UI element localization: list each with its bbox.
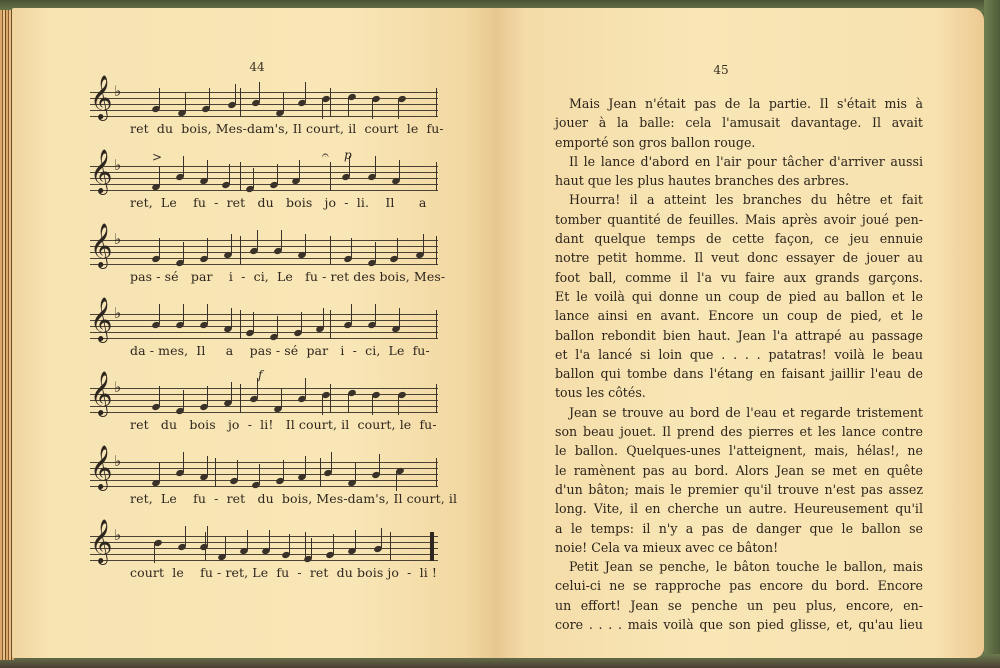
text-line: son beau jouet. Il prend des pierres et … [555, 422, 923, 441]
barline [240, 310, 241, 339]
page-number: 45 [701, 63, 741, 77]
note-stem [355, 462, 356, 482]
note-stem [322, 99, 323, 119]
paragraph: Jean se trouve au bord de l'eau et regar… [555, 403, 923, 557]
note-stem [397, 238, 398, 258]
note-stem [259, 464, 260, 484]
barline [240, 88, 241, 117]
note-stem [348, 97, 349, 117]
staff-line [90, 258, 438, 259]
note-stem [159, 166, 160, 186]
note-stem [247, 530, 248, 550]
lyrics-line: ret du bois jo - li! Il court, il court,… [130, 417, 440, 432]
note-stem [399, 308, 400, 328]
note-stem [283, 92, 284, 112]
note-stem [372, 99, 373, 119]
note-stem [185, 526, 186, 546]
barline [240, 236, 241, 265]
flat-key-signature-icon: ♭ [114, 378, 121, 396]
lyrics-line: ret, Le fu - ret du bois, Mes-dam's, Il … [130, 491, 440, 506]
barline [330, 384, 331, 413]
note-stem [375, 156, 376, 176]
treble-clef-icon: 𝄞 [90, 522, 112, 560]
note-stem [323, 308, 324, 328]
barline [330, 88, 331, 117]
piano-dynamic-mark: p [344, 148, 352, 162]
barline [436, 310, 437, 339]
barline [436, 384, 437, 413]
note-stem [396, 471, 397, 491]
note-stem [423, 234, 424, 254]
barline [240, 162, 241, 191]
final-barline [430, 532, 434, 561]
note-stem [229, 164, 230, 184]
staff: 𝄞♭ [90, 384, 438, 414]
note-stem [207, 160, 208, 180]
note-stem [207, 456, 208, 476]
note-stem [333, 534, 334, 554]
text-line: Mais Jean n'était pas de la partie. Il s… [555, 94, 923, 113]
note-stem [348, 393, 349, 413]
note-stem [207, 238, 208, 258]
staff-line [90, 536, 438, 537]
text-line: haut que les plus hautes branches des ar… [555, 171, 923, 190]
lyrics-line: da - mes, Il a pas - sé par i - ci, Le f… [130, 343, 440, 358]
text-line: le ramènent pas au bord. Alors Jean se m… [555, 461, 923, 480]
text-line: Petit Jean se penche, le bâton touche le… [555, 557, 923, 576]
note-stem [305, 378, 306, 398]
treble-clef-icon: 𝄞 [90, 300, 112, 338]
staff-line [90, 542, 438, 543]
barline [330, 310, 331, 339]
text-line: et l'a lancé si loin que . . . . patatra… [555, 345, 923, 364]
text-line: lance ainsi en avant. Encore un coup de … [555, 306, 923, 325]
note-stem [207, 526, 208, 546]
note-stem [281, 230, 282, 250]
staff-line [90, 474, 438, 475]
text-line: core . . . . mais voilà que son pied gli… [555, 615, 923, 634]
note-stem [159, 462, 160, 482]
note-stem [225, 536, 226, 556]
note-stem [237, 460, 238, 480]
staff-line [90, 92, 438, 93]
barline [330, 236, 331, 265]
text-line: tomber quantité de feuilles. Mais après … [555, 210, 923, 229]
staff-line [90, 412, 438, 413]
text-line: celui-ci ne se rapproche pas encore du b… [555, 576, 923, 595]
note-stem [289, 534, 290, 554]
note-stem [183, 242, 184, 262]
note-stem [231, 308, 232, 328]
barline [215, 458, 216, 487]
note-stem [322, 395, 323, 415]
barline [320, 458, 321, 487]
staff-line [90, 264, 438, 265]
treble-clef-icon: 𝄞 [90, 78, 112, 116]
staff-line [90, 480, 438, 481]
fermata-icon: 𝄐 [322, 148, 329, 163]
note-stem [277, 164, 278, 184]
note-stem [259, 82, 260, 102]
staff: 𝄞♭ [90, 458, 438, 488]
barline [436, 458, 437, 487]
text-line: long. Vite, il en cherche un autre. Heur… [555, 499, 923, 518]
note-stem [311, 538, 312, 558]
staff: 𝄞♭ [90, 236, 438, 266]
staff-line [90, 332, 438, 333]
text-line: dant quelque temps de cette façon, ce je… [555, 229, 923, 248]
body-text: Mais Jean n'était pas de la partie. Il s… [555, 94, 923, 634]
note-stem [355, 530, 356, 550]
barline [240, 384, 241, 413]
note-stem [183, 304, 184, 324]
accent-mark-icon: > [152, 150, 162, 164]
note-stem [277, 316, 278, 336]
text-line: le ballon. Quelques-unes l'atteignent, m… [555, 441, 923, 460]
music-system: 𝄞♭ret du bois, Mes-dam's, Il court, il c… [90, 88, 438, 158]
note-stem [269, 530, 270, 550]
staff: 𝄞♭ [90, 162, 438, 192]
note-stem [281, 388, 282, 408]
note-stem [283, 460, 284, 480]
staff-line [90, 326, 438, 327]
staff-line [90, 388, 438, 389]
paragraph: Petit Jean se penche, le bâton touche le… [555, 557, 923, 634]
note-stem [398, 395, 399, 415]
staff-line [90, 104, 438, 105]
note-stem [301, 312, 302, 332]
staff-line [90, 116, 438, 117]
note-stem [379, 454, 380, 474]
note-stem [154, 543, 155, 563]
right-page: 45 Mais Jean n'était pas de la partie. I… [497, 8, 984, 658]
barline [436, 88, 437, 117]
page-number: 44 [237, 60, 277, 74]
note-stem [398, 99, 399, 119]
text-line: a le temps: il n'y a pas de danger que l… [555, 519, 923, 538]
staff-line [90, 166, 438, 167]
note-stem [375, 242, 376, 262]
note-stem [372, 395, 373, 415]
staff-line [90, 462, 438, 463]
music-system: 𝄞♭court le fu - ret, Le fu - ret du bois… [90, 532, 438, 602]
treble-clef-icon: 𝄞 [90, 448, 112, 486]
music-system: 𝄞♭fret du bois jo - li! Il court, il cou… [90, 384, 438, 454]
staff-line [90, 98, 438, 99]
note-stem [235, 84, 236, 104]
lyrics-line: pas - sé par i - ci, Le fu - ret des boi… [130, 269, 440, 284]
music-system: 𝄞♭ret, Le fu - ret du bois, Mes-dam's, I… [90, 458, 438, 528]
text-line: noie! Cela va mieux avec ce bâton! [555, 538, 923, 557]
flat-key-signature-icon: ♭ [114, 304, 121, 322]
barline [390, 532, 391, 561]
text-line: Et le voilà qui donne un coup de pied au… [555, 287, 923, 306]
staff-line [90, 406, 438, 407]
paragraph: Hourra! il a atteint les branches du hêt… [555, 190, 923, 402]
staff-line [90, 110, 438, 111]
staff-line [90, 320, 438, 321]
flat-key-signature-icon: ♭ [114, 526, 121, 544]
staff-line [90, 190, 438, 191]
paragraph: Il le lance d'abord en l'air pour tâcher… [555, 152, 923, 191]
book-cover-right-edge [984, 0, 1000, 668]
text-line: ballon rebondit bien haut. Jean l'a attr… [555, 326, 923, 345]
music-system: 𝄞♭da - mes, Il a pas - sé par i - ci, Le… [90, 310, 438, 380]
note-stem [231, 234, 232, 254]
note-stem [331, 452, 332, 472]
note-stem [399, 160, 400, 180]
note-stem [257, 230, 258, 250]
staff-line [90, 338, 438, 339]
note-stem [183, 452, 184, 472]
staff-line [90, 486, 438, 487]
note-stem [253, 312, 254, 332]
treble-clef-icon: 𝄞 [90, 226, 112, 264]
text-line: tous les côtés. [555, 383, 923, 402]
note-stem [159, 304, 160, 324]
text-line: notre petit homme. Il veut donc essayer … [555, 248, 923, 267]
note-stem [159, 88, 160, 108]
note-stem [351, 238, 352, 258]
staff-line [90, 560, 438, 561]
text-line: Hourra! il a atteint les branches du hêt… [555, 190, 923, 209]
text-line: Il le lance d'abord en l'air pour tâcher… [555, 152, 923, 171]
staff-line [90, 252, 438, 253]
staff-line [90, 184, 438, 185]
note-stem [183, 390, 184, 410]
staff-line [90, 468, 438, 469]
note-stem [299, 160, 300, 180]
treble-clef-icon: 𝄞 [90, 152, 112, 190]
staff-line [90, 314, 438, 315]
note-stem [207, 386, 208, 406]
lyrics-line: ret, Le fu - ret du bois jo - li. Il a [130, 195, 440, 210]
barline [330, 162, 331, 191]
staff-line [90, 246, 438, 247]
text-line: d'un bâton; mais le premier qu'il trouve… [555, 480, 923, 499]
note-stem [351, 304, 352, 324]
note-stem [305, 82, 306, 102]
staff-line [90, 394, 438, 395]
note-stem [185, 92, 186, 112]
lyrics-line: ret du bois, Mes-dam's, Il court, il cou… [130, 121, 440, 136]
staff-line [90, 400, 438, 401]
note-stem [253, 168, 254, 188]
note-stem [209, 88, 210, 108]
staff-line [90, 172, 438, 173]
text-line: foot ball, comme il l'a vu faire aux gra… [555, 268, 923, 287]
text-line: emporté son gros ballon rouge. [555, 133, 923, 152]
staff-line [90, 240, 438, 241]
note-stem [159, 386, 160, 406]
flat-key-signature-icon: ♭ [114, 230, 121, 248]
music-system: 𝄞♭>𝄐pret, Le fu - ret du bois jo - li. I… [90, 162, 438, 232]
note-stem [207, 304, 208, 324]
treble-clef-icon: 𝄞 [90, 374, 112, 412]
lyrics-line: court le fu - ret, Le fu - ret du bois j… [130, 565, 440, 580]
staff-line [90, 178, 438, 179]
flat-key-signature-icon: ♭ [114, 452, 121, 470]
note-stem [381, 528, 382, 548]
text-line: jouer à la balle: cela l'amusait davanta… [555, 113, 923, 132]
note-stem [305, 234, 306, 254]
flat-key-signature-icon: ♭ [114, 82, 121, 100]
paragraph: Mais Jean n'était pas de la partie. Il s… [555, 94, 923, 152]
music-system: 𝄞♭pas - sé par i - ci, Le fu - ret des b… [90, 236, 438, 306]
text-line: ballon qui tombe dans l'étang en faisant… [555, 364, 923, 383]
flat-key-signature-icon: ♭ [114, 156, 121, 174]
note-stem [159, 238, 160, 258]
barline [436, 236, 437, 265]
barline [436, 162, 437, 191]
forte-dynamic-mark: f [258, 368, 262, 382]
note-stem [305, 456, 306, 476]
staff: 𝄞♭ [90, 310, 438, 340]
note-stem [231, 382, 232, 402]
left-page: 44 𝄞♭ret du bois, Mes-dam's, Il court, i… [12, 8, 499, 658]
note-stem [375, 304, 376, 324]
note-stem [183, 156, 184, 176]
staff: 𝄞♭ [90, 532, 438, 562]
text-line: un effort! Jean se penche un peu plus, e… [555, 596, 923, 615]
staff: 𝄞♭ [90, 88, 438, 118]
text-line: Jean se trouve au bord de l'eau et regar… [555, 403, 923, 422]
